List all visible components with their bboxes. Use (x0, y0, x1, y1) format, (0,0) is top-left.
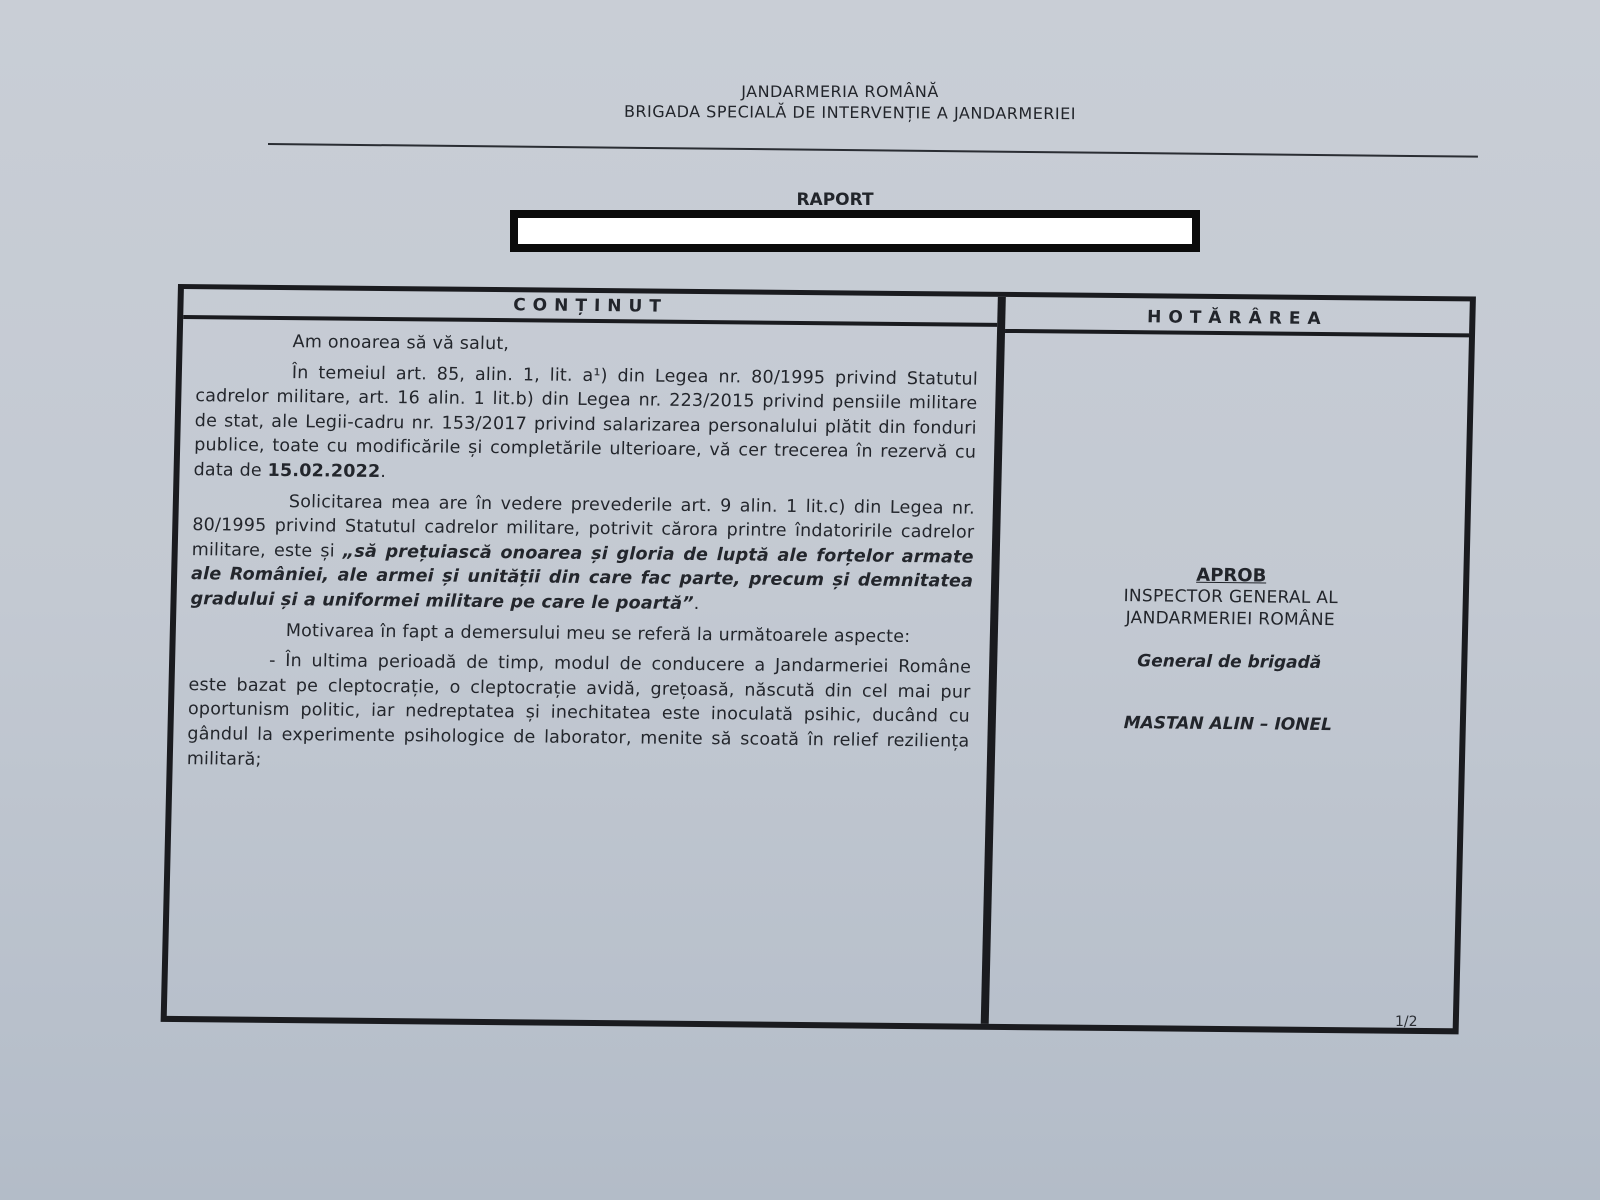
role-line-1: INSPECTOR GENERAL AL (1123, 585, 1338, 609)
redacted-box (510, 210, 1200, 252)
decision-column: HOTĂRÂREA APROB INSPECTOR GENERAL AL JAN… (989, 297, 1470, 1028)
signatory-name: MASTAN ALIN – IONEL (1123, 713, 1332, 735)
period: . (380, 462, 386, 482)
role-line-2: JANDARMERIEI ROMÂNE (1125, 607, 1335, 631)
scanned-document-page: JANDARMERIA ROMÂNĂ BRIGADA SPECIALĂ DE I… (0, 0, 1600, 1200)
decision-column-header: HOTĂRÂREA (1005, 303, 1470, 337)
paragraph-motivation: Motivarea în fapt a demersului meu se re… (190, 618, 973, 650)
period: . (693, 594, 699, 614)
header-divider (268, 143, 1478, 158)
page-number: 1/2 (1395, 1014, 1418, 1030)
institution-header: JANDARMERIA ROMÂNĂ (40, 82, 1600, 101)
content-column: CONȚINUT Am onoarea să vă salut, În teme… (167, 289, 1006, 1024)
reserve-date: 15.02.2022 (267, 461, 380, 482)
decision-body: APROB INSPECTOR GENERAL AL JANDARMERIEI … (989, 333, 1469, 1028)
document-title: RAPORT (0, 190, 1600, 210)
report-table: CONȚINUT Am onoarea să vă salut, În teme… (161, 284, 1476, 1034)
approve-label: APROB (1196, 565, 1267, 587)
paragraph-legal-basis: În temeiul art. 85, alin. 1, lit. a¹) di… (193, 360, 978, 490)
rank: General de brigadă (1137, 651, 1321, 673)
unit-header: BRIGADA SPECIALĂ DE INTERVENȚIE A JANDAR… (50, 99, 1600, 126)
paragraph-bullet-1: - În ultima perioadă de timp, modul de c… (187, 648, 972, 778)
greeting: Am onoarea să vă salut, (196, 329, 979, 361)
paragraph-request: Solicitarea mea are în vedere prevederil… (190, 489, 975, 619)
content-body: Am onoarea să vă salut, În temeiul art. … (172, 319, 997, 785)
